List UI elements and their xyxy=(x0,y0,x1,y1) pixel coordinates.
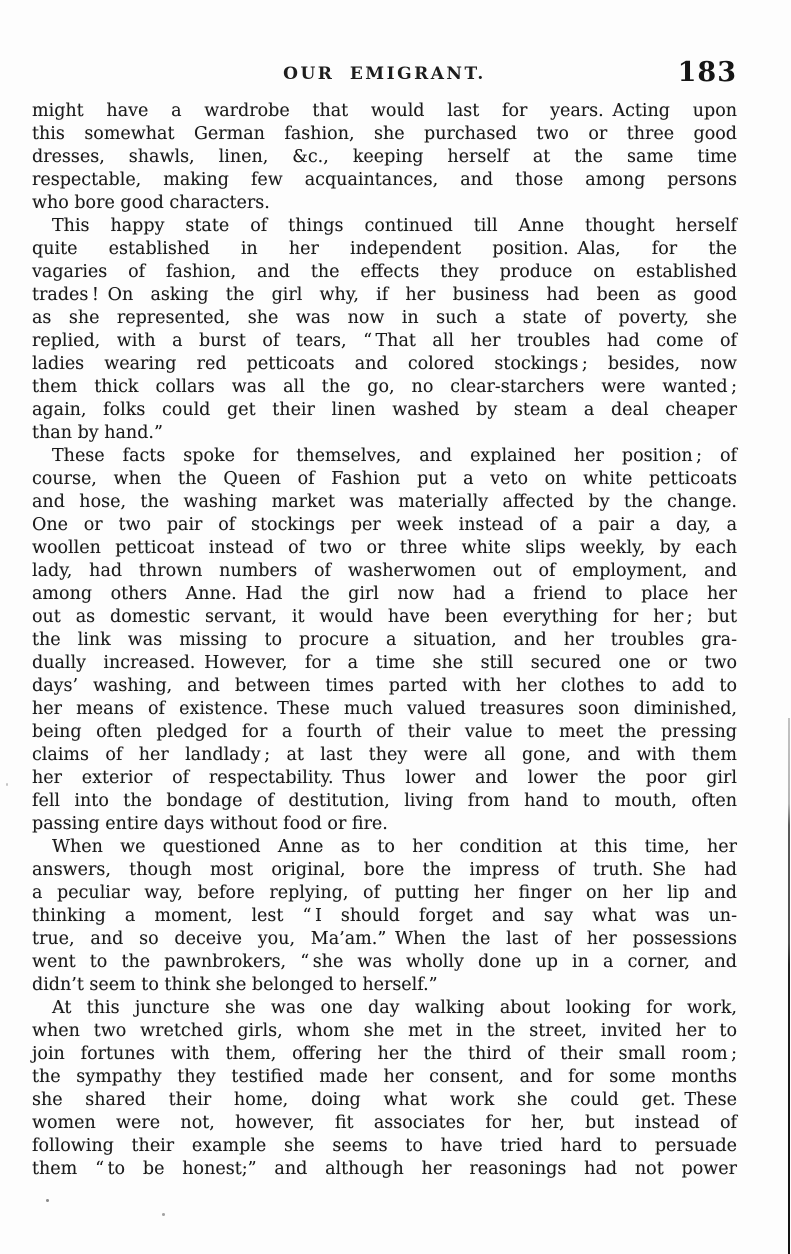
page-header: OUR EMIGRANT. 183 xyxy=(32,52,737,86)
paragraph: This happy state of things continued til… xyxy=(32,215,737,445)
text-line: ladies wearing red petticoats and colore… xyxy=(32,353,737,376)
text-line: replied, with a burst of tears, “ That a… xyxy=(32,330,737,353)
running-title: OUR EMIGRANT. xyxy=(32,64,737,84)
text-line: passing entire days without food or fire… xyxy=(32,813,737,836)
scan-edge-artifact-line xyxy=(788,718,790,1254)
text-line: trades ! On asking the girl why, if her … xyxy=(32,284,737,307)
text-line: lady, had thrown numbers of washerwomen … xyxy=(32,560,737,583)
page-number: 183 xyxy=(678,57,737,88)
text-line: a peculiar way, before replying, of putt… xyxy=(32,882,737,905)
text-line: them thick collars was all the go, no cl… xyxy=(32,376,737,399)
text-line: answers, though most original, bore the … xyxy=(32,859,737,882)
scan-speck xyxy=(6,783,8,786)
text-line: again, folks could get their linen washe… xyxy=(32,399,737,422)
text-line: At this juncture she was one day walking… xyxy=(32,997,737,1020)
text-line: women were not, however, fit associates … xyxy=(32,1112,737,1135)
scan-speck xyxy=(46,1199,49,1202)
text-line: them “ to be honest;” and although her r… xyxy=(32,1158,737,1181)
scan-speck xyxy=(162,1213,165,1216)
paragraph: At this juncture she was one day walking… xyxy=(32,997,737,1181)
text-line: and hose, the washing market was materia… xyxy=(32,491,737,514)
text-line: dually increased. However, for a time sh… xyxy=(32,652,737,675)
text-line: her means of existence. These much value… xyxy=(32,698,737,721)
text-line: following their example she seems to hav… xyxy=(32,1135,737,1158)
text-line: she shared their home, doing what work s… xyxy=(32,1089,737,1112)
text-line: claims of her landlady ; at last they we… xyxy=(32,744,737,767)
text-line: than by hand.” xyxy=(32,422,737,445)
text-line: who bore good characters. xyxy=(32,192,737,215)
paragraph: When we questioned Anne as to her condit… xyxy=(32,836,737,997)
text-line: didn’t seem to think she belonged to her… xyxy=(32,974,737,997)
text-line: might have a wardrobe that would last fo… xyxy=(32,100,737,123)
text-line: the sympathy they testified made her con… xyxy=(32,1066,737,1089)
text-line: woollen petticoat instead of two or thre… xyxy=(32,537,737,560)
text-line: out as domestic servant, it would have b… xyxy=(32,606,737,629)
text-line: this somewhat German fashion, she purcha… xyxy=(32,123,737,146)
text-line: among others Anne. Had the girl now had … xyxy=(32,583,737,606)
text-line: fell into the bondage of destitution, li… xyxy=(32,790,737,813)
text-line: When we questioned Anne as to her condit… xyxy=(32,836,737,859)
text-line: days’ washing, and between times parted … xyxy=(32,675,737,698)
text-line: join fortunes with them, offering her th… xyxy=(32,1043,737,1066)
text-line: being often pledged for a fourth of thei… xyxy=(32,721,737,744)
paragraph: might have a wardrobe that would last fo… xyxy=(32,100,737,215)
text-line: quite established in her independent pos… xyxy=(32,238,737,261)
text-line: the link was missing to procure a situat… xyxy=(32,629,737,652)
text-line: dresses, shawls, linen, &c., keeping her… xyxy=(32,146,737,169)
text-line: vagaries of fashion, and the effects the… xyxy=(32,261,737,284)
page-body: might have a wardrobe that would last fo… xyxy=(32,100,737,1181)
text-line: when two wretched girls, whom she met in… xyxy=(32,1020,737,1043)
text-line: course, when the Queen of Fashion put a … xyxy=(32,468,737,491)
paragraph: These facts spoke for themselves, and ex… xyxy=(32,445,737,836)
scanned-book-page: { "colors": { "paper": "#fdfdfd", "ink":… xyxy=(0,0,791,1254)
text-line: went to the pawnbrokers, “ she was wholl… xyxy=(32,951,737,974)
text-line: as she represented, she was now in such … xyxy=(32,307,737,330)
text-line: One or two pair of stockings per week in… xyxy=(32,514,737,537)
text-line: thinking a moment, lest “ I should forge… xyxy=(32,905,737,928)
text-line: These facts spoke for themselves, and ex… xyxy=(32,445,737,468)
text-line: respectable, making few acquaintances, a… xyxy=(32,169,737,192)
text-line: true, and so deceive you, Ma’am.” When t… xyxy=(32,928,737,951)
text-line: This happy state of things continued til… xyxy=(32,215,737,238)
text-line: her exterior of respectability. Thus low… xyxy=(32,767,737,790)
